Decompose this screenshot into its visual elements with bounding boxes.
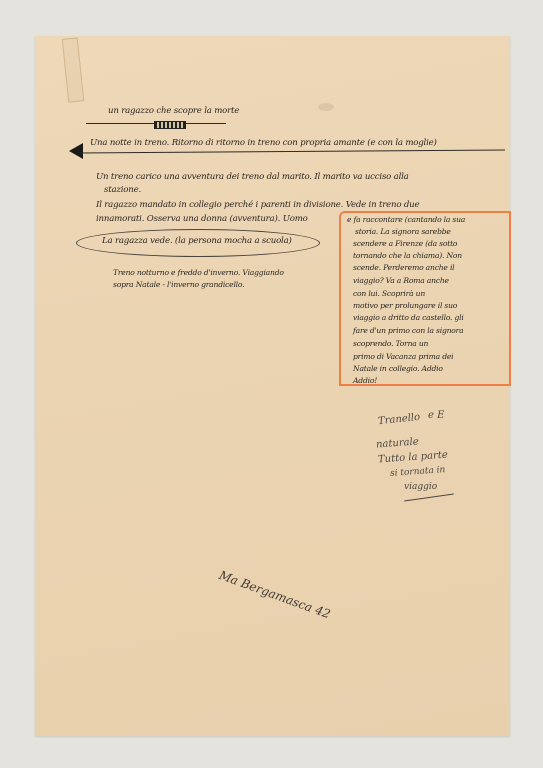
boxed-note-line: motivo per prolungare il suo (353, 301, 457, 310)
boxed-note-line: viaggio? Va a Roma anche (353, 276, 449, 285)
boxed-note-line: scende. Perderemo anche il (353, 263, 454, 272)
arrow-head-icon (69, 143, 83, 159)
paragraph-1-line-1: Un treno carico una avventura dei treno … (96, 172, 409, 182)
paragraph-1-line-2: stazione. (104, 185, 141, 195)
boxed-note-line: viaggio a dritto da castello. gli (353, 313, 464, 322)
smudge-mark (318, 103, 334, 111)
paragraph-3-line-2: sopra Natale - l'inverno grandicello. (113, 280, 244, 289)
boxed-note-line: tornando che la chiama). Non (353, 251, 462, 260)
tape-mark (62, 37, 85, 102)
arrow-line-text: Una notte in treno. Ritorno di ritorno i… (90, 138, 437, 148)
boxed-note-line: scoprendo. Torna un (353, 339, 428, 348)
orange-boxed-note: e fa raccontare (cantando la sua storia.… (339, 211, 511, 386)
boxed-note-line: storia. La signora sarebbe (355, 227, 451, 236)
boxed-note-line: Natale in collegio. Addio (353, 364, 443, 373)
pencil-note-line: viaggio (404, 482, 437, 492)
title-line: un ragazzo che scopre la morte (108, 106, 239, 116)
boxed-note-line: e fa raccontare (cantando la sua (347, 215, 465, 224)
boxed-note-line: primo di Vacanza prima dei (353, 352, 453, 361)
paragraph-3-line-1: Treno notturno e freddo d'inverno. Viagg… (113, 268, 284, 277)
boxed-note-line: fare d'un primo con la signora (353, 326, 463, 335)
boxed-note-line: scendere a Firenze (da sotto (353, 239, 457, 248)
paragraph-2-line-1: Il ragazzo mandato in collegio perché i … (96, 200, 419, 210)
small-stamp (154, 121, 186, 129)
boxed-note-line: Addio! (353, 376, 377, 385)
pencil-note-mark: e E (428, 410, 444, 421)
paragraph-2-line-2: innamorati. Osserva una donna (avventura… (96, 214, 308, 224)
boxed-note-line: con lui. Scoprirà un (353, 289, 425, 298)
oval-note: La ragazza vede. (la persona mocha a scu… (102, 236, 292, 246)
